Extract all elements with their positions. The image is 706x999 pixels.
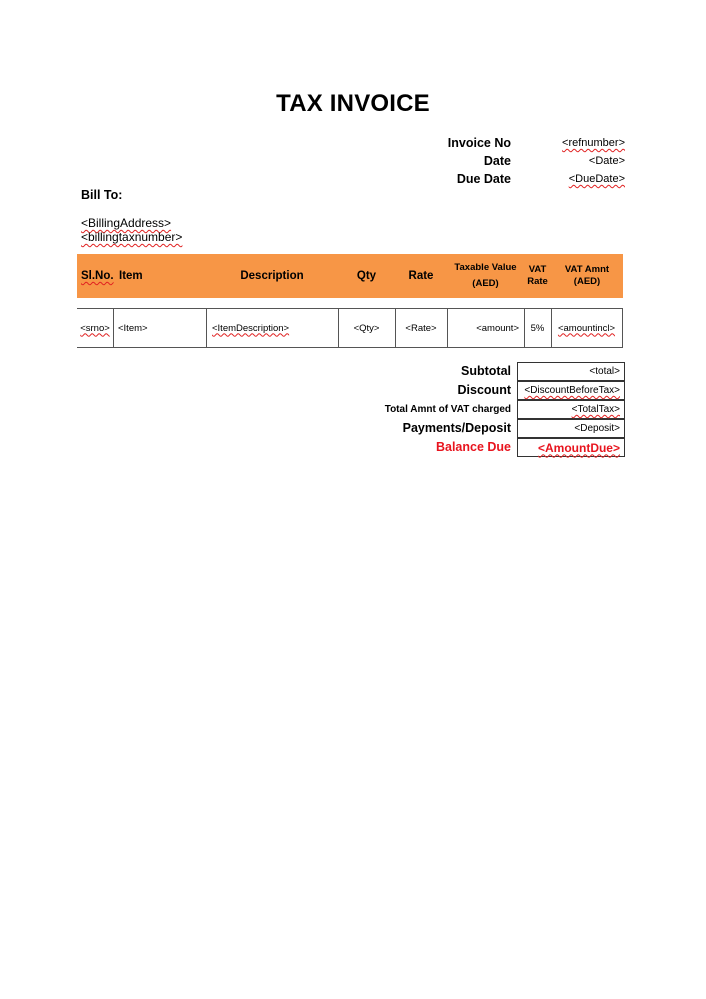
balance-due-value: <AmountDue> [517, 438, 625, 457]
col-taxable-value: Taxable Value (AED) [447, 254, 524, 298]
vat-charged-label: Total Amnt of VAT charged [291, 404, 511, 415]
subtotal-label: Subtotal [291, 364, 511, 378]
col-slno: Sl.No. [77, 254, 117, 298]
items-table-header: Sl.No. Item Description Qty Rate Taxable… [77, 254, 623, 298]
col-item: Item [113, 254, 206, 298]
col-vat-amount: VAT Amnt (AED) [551, 254, 623, 298]
billing-tax-number: <billingtaxnumber> [81, 230, 182, 244]
cell-srno: <srno> [77, 309, 113, 347]
cell-description: <ItemDescription> [206, 309, 338, 347]
date-value: <Date> [475, 155, 625, 167]
invoice-no-value: <refnumber> [475, 137, 625, 149]
vat-charged-value: <TotalTax> [517, 400, 625, 419]
billing-address: <BillingAddress> [81, 216, 171, 230]
col-rate: Rate [395, 254, 447, 298]
cell-vat-amount: <amountincl> [551, 309, 622, 347]
bill-to-label: Bill To: [81, 188, 122, 202]
invoice-title: TAX INVOICE [0, 90, 706, 118]
cell-rate: <Rate> [395, 309, 447, 347]
col-qty: Qty [338, 254, 395, 298]
deposit-label: Payments/Deposit [291, 421, 511, 435]
table-row: <srno> <Item> <ItemDescription> <Qty> <R… [77, 308, 623, 348]
cell-amount: <amount> [447, 309, 524, 347]
discount-label: Discount [291, 383, 511, 397]
due-date-value: <DueDate> [475, 173, 625, 185]
subtotal-value: <total> [517, 362, 625, 381]
col-vat-rate: VAT Rate [524, 254, 551, 298]
cell-qty: <Qty> [338, 309, 395, 347]
cell-vat-rate: 5% [524, 309, 551, 347]
col-description: Description [206, 254, 338, 298]
deposit-value: <Deposit> [517, 419, 625, 438]
discount-value: <DiscountBeforeTax> [517, 381, 625, 400]
balance-due-label: Balance Due [291, 440, 511, 454]
cell-item: <Item> [113, 309, 206, 347]
